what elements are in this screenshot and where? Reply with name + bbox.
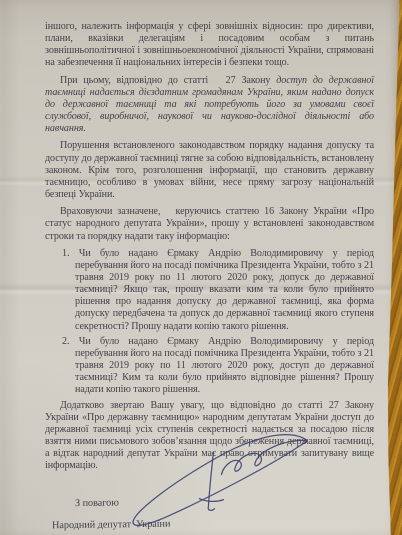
letter-body: іншого, належить інформація у сфері зовн… <box>45 21 374 530</box>
paragraph-lead-text: При цьому, відповідно до статті 27 Закон… <box>60 75 276 86</box>
paragraph-request-intro: Враховуючи зазначене, керуючись статтею … <box>45 206 374 242</box>
signer-title: Народний депутат України <box>52 515 374 532</box>
list-item-question-1: 1. Чи було надано Єрмаку Андрію Володими… <box>45 248 374 333</box>
list-item-text: Чи було надано Єрмаку Андрію Володимиров… <box>75 336 374 396</box>
paragraph-foreign-relations: іншого, належить інформація у сфері зовн… <box>45 21 374 70</box>
paper-sheet: іншого, належить інформація у сфері зовн… <box>0 0 402 535</box>
photographed-letter: { "page": { "paper_color": "#cfcbc2", "w… <box>0 0 402 535</box>
list-item-text: Чи було надано Єрмаку Андрію Володимиров… <box>75 248 374 332</box>
paragraph-additional-note: Додатково звертаю Вашу увагу, що відпові… <box>45 400 374 473</box>
paragraph-violation-liability: Порушення встановленого законодавством п… <box>45 140 374 201</box>
paragraph-article-27-access: При цьому, відповідно до статті 27 Закон… <box>45 75 374 136</box>
list-number: 2. <box>62 336 70 347</box>
list-item-question-2: 2. Чи було надано Єрмаку Андрію Володими… <box>45 336 374 397</box>
closing-salutation: З повагою <box>75 494 374 510</box>
list-number: 1. <box>62 248 70 259</box>
